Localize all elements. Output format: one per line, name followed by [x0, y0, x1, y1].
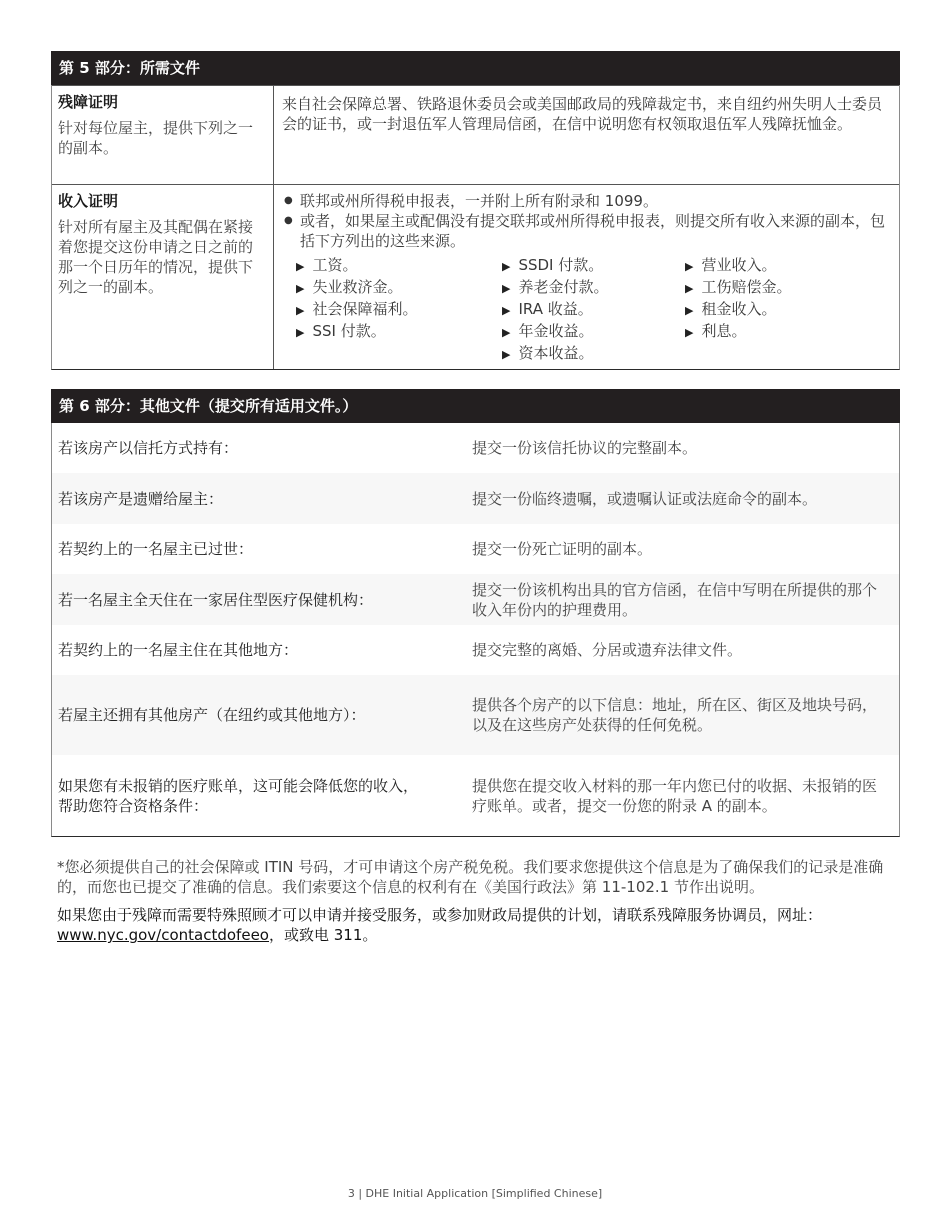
- other-doc-row-deceased: 若契约上的一名屋主已过世： 提交一份死亡证明的副本。: [52, 524, 899, 574]
- condition-text: 若该房产是遗赠给屋主：: [52, 489, 466, 509]
- triangle-right-icon: ▶: [685, 326, 693, 339]
- condition-text: 若契约上的一名屋主已过世：: [52, 539, 466, 559]
- income-source-item: ▶SSI 付款。: [296, 321, 502, 343]
- income-source-item: ▶租金收入。: [685, 299, 791, 321]
- income-source-item: ▶工伤赔偿金。: [685, 277, 791, 299]
- income-source-item: ▶年金收益。: [502, 321, 685, 343]
- other-doc-row-inherited: 若该房产是遗赠给屋主： 提交一份临终遗嘱，或遗嘱认证或法庭命令的副本。: [52, 473, 899, 524]
- triangle-right-icon: ▶: [685, 304, 693, 317]
- disability-proof-content: 来自社会保障总署、铁路退休委员会或美国邮政局的残障裁定书，来自纽约州失明人士委员…: [274, 86, 899, 184]
- ssn-itin-note: *您必须提供自己的社会保障或 ITIN 号码，才可申请这个房产税免税。我们要求您…: [57, 857, 897, 897]
- triangle-right-icon: ▶: [296, 326, 304, 339]
- income-source-item: ▶工资。: [296, 255, 502, 277]
- income-proof-row: 收入证明 针对所有屋主及其配偶在紧接着您提交这份申请之日之前的那一个日历年的情况…: [52, 184, 899, 369]
- condition-text: 若一名屋主全天住在一家居住型医疗保健机构：: [52, 590, 466, 610]
- action-text: 提交一份死亡证明的副本。: [466, 539, 899, 559]
- triangle-right-icon: ▶: [502, 348, 510, 361]
- section-6-header: 第 6 部分：其他文件（提交所有适用文件。）: [51, 389, 900, 423]
- other-doc-row-medical-bills: 如果您有未报销的医疗账单，这可能会降低您的收入，帮助您符合资格条件： 提供您在提…: [52, 755, 899, 836]
- income-source-item: ▶社会保障福利。: [296, 299, 502, 321]
- income-source-item: ▶营业收入。: [685, 255, 791, 277]
- section-6-other-documents: 第 6 部分：其他文件（提交所有适用文件。） 若该房产以信托方式持有： 提交一份…: [51, 389, 900, 837]
- income-sources-list: ▶工资。 ▶失业救济金。 ▶社会保障福利。 ▶SSI 付款。 ▶SSDI 付款。…: [282, 255, 891, 365]
- bullet-all-income-sources: 或者，如果屋主或配偶没有提交联邦或州所得税申报表，则提交所有收入来源的副本，包括…: [282, 211, 891, 251]
- action-text: 提供各个房产的以下信息：地址，所在区、街区及地块号码，以及在这些房产处获得的任何…: [466, 695, 899, 735]
- income-source-item: ▶利息。: [685, 321, 791, 343]
- other-doc-row-care-facility: 若一名屋主全天住在一家居住型医疗保健机构： 提交一份该机构出具的官方信函，在信中…: [52, 574, 899, 625]
- income-source-item: ▶IRA 收益。: [502, 299, 685, 321]
- other-doc-row-trust: 若该房产以信托方式持有： 提交一份该信托协议的完整副本。: [52, 423, 899, 473]
- section-5-required-documents: 第 5 部分：所需文件 残障证明 针对每位屋主，提供下列之一的副本。 来自社会保…: [51, 51, 900, 370]
- triangle-right-icon: ▶: [502, 282, 510, 295]
- condition-text: 如果您有未报销的医疗账单，这可能会降低您的收入，帮助您符合资格条件：: [52, 776, 466, 816]
- triangle-right-icon: ▶: [296, 260, 304, 273]
- condition-text: 若该房产以信托方式持有：: [52, 438, 466, 458]
- disability-accommodation-note: 如果您由于残障而需要特殊照顾才可以申请并接受服务，或参加财政局提供的计划，请联系…: [57, 905, 897, 945]
- action-text: 提交一份该信托协议的完整副本。: [466, 438, 899, 458]
- triangle-right-icon: ▶: [502, 326, 510, 339]
- condition-text: 若屋主还拥有其他房产（在纽约或其他地方）：: [52, 705, 466, 725]
- action-text: 提供您在提交收入材料的那一年内您已付的收据、未报销的医疗账单。或者，提交一份您的…: [466, 776, 899, 816]
- other-doc-row-lives-elsewhere: 若契约上的一名屋主住在其他地方： 提交完整的离婚、分居或遗弃法律文件。: [52, 625, 899, 675]
- triangle-right-icon: ▶: [685, 282, 693, 295]
- condition-text: 若契约上的一名屋主住在其他地方：: [52, 640, 466, 660]
- income-proof-description: 针对所有屋主及其配偶在紧接着您提交这份申请之日之前的那一个日历年的情况，提供下列…: [58, 217, 267, 297]
- disability-proof-label-cell: 残障证明 针对每位屋主，提供下列之一的副本。: [52, 86, 274, 184]
- disability-proof-title: 残障证明: [58, 92, 267, 112]
- triangle-right-icon: ▶: [502, 260, 510, 273]
- bullet-tax-return: 联邦或州所得税申报表，一并附上所有附录和 1099。: [282, 191, 891, 211]
- income-source-item: ▶资本收益。: [502, 343, 685, 365]
- income-source-item: ▶失业救济金。: [296, 277, 502, 299]
- income-sources-column-3: ▶营业收入。 ▶工伤赔偿金。 ▶租金收入。 ▶利息。: [685, 255, 791, 365]
- income-proof-bullets: 联邦或州所得税申报表，一并附上所有附录和 1099。 或者，如果屋主或配偶没有提…: [282, 191, 891, 251]
- disability-proof-row: 残障证明 针对每位屋主，提供下列之一的副本。 来自社会保障总署、铁路退休委员会或…: [52, 85, 899, 184]
- triangle-right-icon: ▶: [296, 304, 304, 317]
- income-proof-title: 收入证明: [58, 191, 267, 211]
- income-sources-column-2: ▶SSDI 付款。 ▶养老金付款。 ▶IRA 收益。 ▶年金收益。 ▶资本收益。: [502, 255, 685, 365]
- income-proof-content: 联邦或州所得税申报表，一并附上所有附录和 1099。 或者，如果屋主或配偶没有提…: [274, 185, 899, 369]
- income-sources-column-1: ▶工资。 ▶失业救济金。 ▶社会保障福利。 ▶SSI 付款。: [296, 255, 502, 365]
- disability-proof-description: 针对每位屋主，提供下列之一的副本。: [58, 118, 267, 158]
- footnotes: *您必须提供自己的社会保障或 ITIN 号码，才可申请这个房产税免税。我们要求您…: [57, 857, 897, 945]
- triangle-right-icon: ▶: [296, 282, 304, 295]
- triangle-right-icon: ▶: [502, 304, 510, 317]
- section-5-header: 第 5 部分：所需文件: [51, 51, 900, 85]
- action-text: 提交一份该机构出具的官方信函，在信中写明在所提供的那个收入年份内的护理费用。: [466, 580, 899, 620]
- income-proof-label-cell: 收入证明 针对所有屋主及其配偶在紧接着您提交这份申请之日之前的那一个日历年的情况…: [52, 185, 274, 369]
- income-source-item: ▶SSDI 付款。: [502, 255, 685, 277]
- contact-dofeeo-link[interactable]: www.nyc.gov/contactdofeeo: [57, 926, 269, 944]
- action-text: 提交一份临终遗嘱，或遗嘱认证或法庭命令的副本。: [466, 489, 899, 509]
- income-source-item: ▶养老金付款。: [502, 277, 685, 299]
- triangle-right-icon: ▶: [685, 260, 693, 273]
- page-footer: 3 | DHE Initial Application [Simplified …: [0, 1187, 950, 1200]
- action-text: 提交完整的离婚、分居或遗弃法律文件。: [466, 640, 899, 660]
- other-doc-row-other-property: 若屋主还拥有其他房产（在纽约或其他地方）： 提供各个房产的以下信息：地址，所在区…: [52, 675, 899, 755]
